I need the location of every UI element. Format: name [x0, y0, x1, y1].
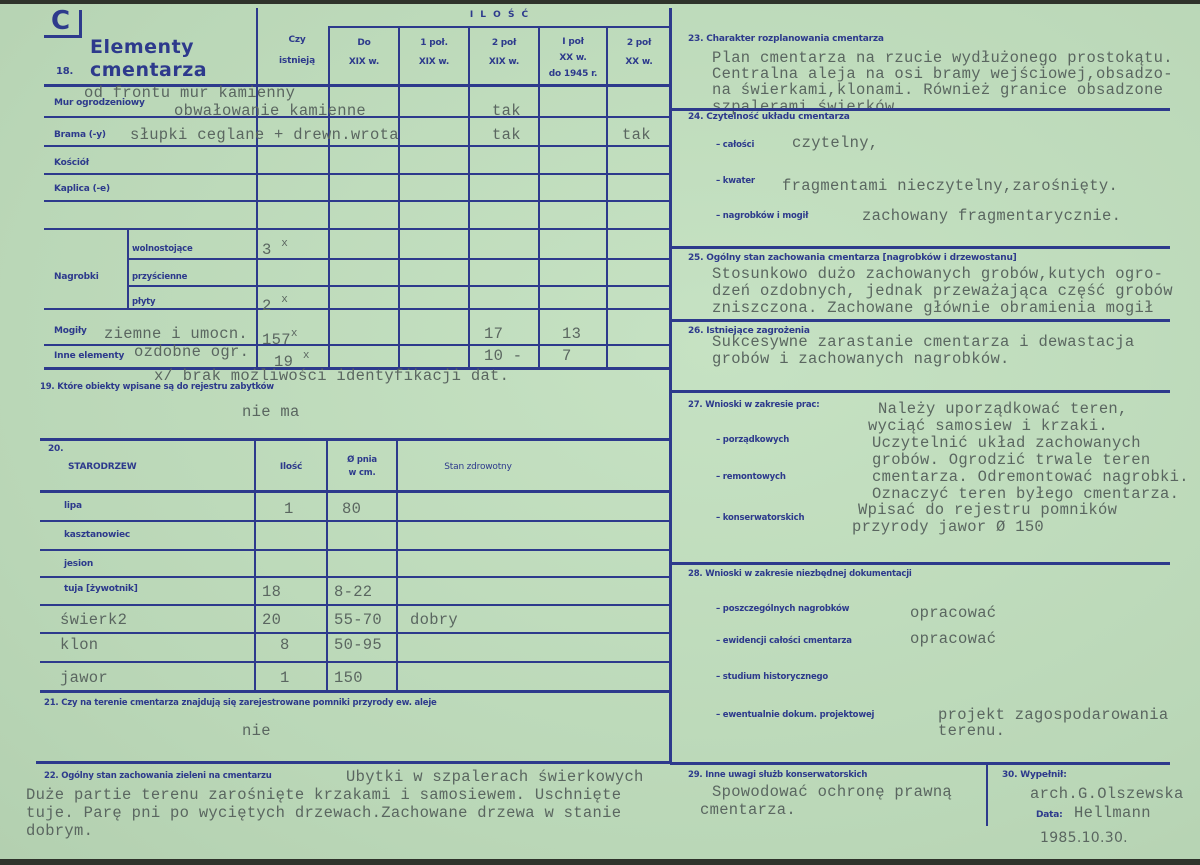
header-diameter: Ø pnia w cm. [328, 454, 396, 480]
tree-count: 20 [262, 612, 281, 628]
section-24-label: 24. Czytelność układu cmentarza [688, 112, 850, 122]
works-line: wyciąć samosiew i krzaki. [868, 418, 1108, 434]
tree-diameter: 50-95 [334, 637, 382, 653]
tree-name: świerk2 [60, 612, 127, 628]
docs-tombstones-label: – poszczególnych nagrobków [716, 604, 849, 614]
tree-health: dobry [410, 612, 458, 628]
tree-name: kasztanowiec [64, 530, 130, 540]
docs-register-label: – ewidencji całości cmentarza [716, 636, 852, 646]
section-25-line1: Stosunkowo dużo zachowanych grobów,kutyc… [712, 266, 1163, 282]
date-value: 1985.10.30. [1040, 830, 1128, 846]
tree-name: jesion [64, 559, 93, 569]
section-22-line3: tuje. Parę pni po wyciętych drzewach.Zac… [26, 805, 621, 821]
section-19-label: 19. Które obiekty wpisane są do rejestru… [40, 382, 274, 392]
section-30-label: 30. Wypełnił: [1002, 770, 1067, 780]
row-label-slabs: płyty [132, 297, 155, 307]
row-gate-note: słupki ceglane + drewn.wrota [130, 127, 399, 143]
row-graves-1h20c: 13 [562, 326, 581, 342]
works-repair-label: – remontowych [716, 472, 786, 482]
row-graves-exists: 157x [262, 326, 298, 348]
section-25-line3: zniszczona. Zachowane głównie obramienia… [712, 300, 1154, 316]
row-label-tombstones: Nagrobki [54, 272, 99, 282]
docs-project-value2: terenu. [938, 723, 1005, 739]
row-label-gate: Brama (-y) [54, 130, 106, 140]
legibility-quarters-label: – kwater [716, 176, 755, 186]
col-header-before-19c: Do XIX w. [330, 34, 398, 72]
header-health: Stan zdrowotny [398, 462, 558, 472]
row-slabs-exists: 2 x [262, 292, 288, 314]
col-header-exists: Czy istnieją [262, 30, 332, 72]
section-26-line1: Sukcesywne zarastanie cmentarza i dewast… [712, 334, 1134, 350]
tree-count: 8 [280, 637, 290, 653]
works-conservation-label: – konserwatorskich [716, 513, 804, 523]
section-21-label: 21. Czy na terenie cmentarza znajdują si… [44, 698, 437, 708]
tree-count: 18 [262, 584, 281, 600]
row-label-graves: Mogiły [54, 326, 87, 336]
section-25-line2: dzeń ozdobnych, jednak przeważająca częś… [712, 283, 1173, 299]
docs-historical-label: – studium historycznego [716, 672, 828, 682]
tree-name: jawor [60, 670, 108, 686]
cemetery-record-card: C 18. Elementy cmentarza Czy istnieją I … [0, 0, 1200, 865]
docs-project-label: – ewentualnie dokum. projektowej [716, 710, 874, 720]
filled-by-name: arch.G.Olszewska [1030, 786, 1184, 802]
row-other-1h20c: 7 [562, 348, 572, 364]
section-23-line2: Centralna aleja na osi bramy wejściowej,… [712, 66, 1173, 82]
tree-count: 1 [280, 670, 290, 686]
section-29-line1: Spowodować ochronę prawną [712, 784, 952, 800]
works-line: Uczytelnić układ zachowanych [872, 435, 1141, 451]
section-22-line4: dobrym. [26, 823, 93, 839]
section-19-value: nie ma [242, 404, 300, 420]
col-header-second-half-20c: 2 poł XX w. [608, 34, 670, 72]
tree-name: lipa [64, 501, 82, 511]
col-header-first-half-20c: I poł XX w. do 1945 r. [538, 34, 608, 82]
section-letter-box: C [44, 10, 82, 38]
col-header-second-half-19c: 2 poł XIX w. [470, 34, 538, 72]
row-gate-2h19c: tak [492, 127, 521, 143]
section-22-line1: Ubytki w szpalerach świerkowych [346, 769, 644, 785]
legibility-whole-label: – całości [716, 140, 754, 150]
row-wall-note1: od frontu mur kamienny [84, 85, 295, 101]
col-header-quantity-group: I L O Ś Ć [330, 10, 670, 20]
section-26-line2: grobów i zachowanych nagrobków. [712, 351, 1010, 367]
row-gate-2h20c: tak [622, 127, 651, 143]
section-22-line2: Duże partie terenu zarośnięte krzakami i… [26, 787, 621, 803]
row-wall-2h19c: tak [492, 103, 521, 119]
row-label-wall-mounted: przyścienne [132, 272, 187, 282]
row-label-freestanding: wolnostojące [132, 244, 193, 254]
section-18-title-line1: Elementy [90, 36, 194, 58]
section-23-label: 23. Charakter rozplanowania cmentarza [688, 34, 884, 44]
legibility-graves-value: zachowany fragmentarycznie. [862, 208, 1121, 224]
row-wall-note2: obwałowanie kamienne [174, 103, 366, 119]
row-other-note: ozdobne ogr. [134, 344, 249, 360]
works-line: Oznaczyć teren byłego cmentarza. [872, 486, 1179, 502]
section-22-label: 22. Ogólny stan zachowania zieleni na cm… [44, 771, 272, 781]
section-29-label: 29. Inne uwagi służb konserwatorskich [688, 770, 867, 780]
header-count: Ilość [256, 462, 326, 472]
works-line: cmentarza. Odremontować nagrobki. [872, 469, 1189, 485]
section-25-label: 25. Ogólny stan zachowania cmentarza [na… [688, 253, 1017, 263]
legibility-quarters-value: fragmentami nieczytelny,zarośnięty. [782, 178, 1118, 194]
works-line: Wpisać do rejestru pomników [858, 502, 1117, 518]
col-header-first-half-19c: 1 poł. XIX w. [400, 34, 468, 72]
tree-name: klon [60, 637, 98, 653]
legibility-graves-label: – nagrobków i mogił [716, 211, 808, 221]
header-tree: STARODRZEW [68, 462, 136, 472]
row-freestanding-exists: 3 x [262, 236, 288, 258]
docs-tombstones-value: opracować [910, 605, 996, 621]
row-label-church: Kościół [54, 158, 89, 168]
row-graves-2h19c: 17 [484, 326, 503, 342]
section-28-label: 28. Wnioski w zakresie niezbędnej dokume… [688, 569, 912, 579]
row-graves-note: ziemne i umocn. [104, 326, 248, 342]
section-letter: C [51, 6, 70, 36]
section-18-number: 18. [56, 66, 73, 77]
legibility-whole-value: czytelny, [792, 135, 878, 151]
works-line: grobów. Ogrodzić trwale teren [872, 452, 1150, 468]
works-line: Należy uporządkować teren, [878, 401, 1128, 417]
tree-diameter: 55-70 [334, 612, 382, 628]
filled-by-name2: Hellmann [1074, 805, 1151, 821]
section-23-line1: Plan cmentarza na rzucie wydłużonego pro… [712, 50, 1173, 66]
section-29-line2: cmentarza. [700, 802, 796, 818]
tree-diameter: 80 [342, 501, 361, 517]
section-18-title-line2: cmentarza [90, 59, 207, 81]
section-23-line3: na świerkami,klonami. Również granice ob… [712, 82, 1163, 98]
tree-diameter: 8-22 [334, 584, 372, 600]
row-other-2h19c: 10 - [484, 348, 522, 364]
section-20-number: 20. [48, 444, 63, 454]
section-21-value: nie [242, 723, 271, 739]
works-line: przyrody jawor Ø 150 [852, 519, 1044, 535]
tree-diameter: 150 [334, 670, 363, 686]
section-27-label: 27. Wnioski w zakresie prac: [688, 400, 819, 410]
tree-count: 1 [284, 501, 294, 517]
row-label-chapel: Kaplica (-e) [54, 184, 110, 194]
row-label-other: Inne elementy [54, 351, 124, 361]
date-label: Data: [1036, 810, 1063, 820]
docs-register-value: opracować [910, 631, 996, 647]
docs-project-value: projekt zagospodarowania [938, 707, 1168, 723]
tree-name: tuja [żywotnik] [64, 584, 138, 594]
works-cleaning-label: – porządkowych [716, 435, 789, 445]
